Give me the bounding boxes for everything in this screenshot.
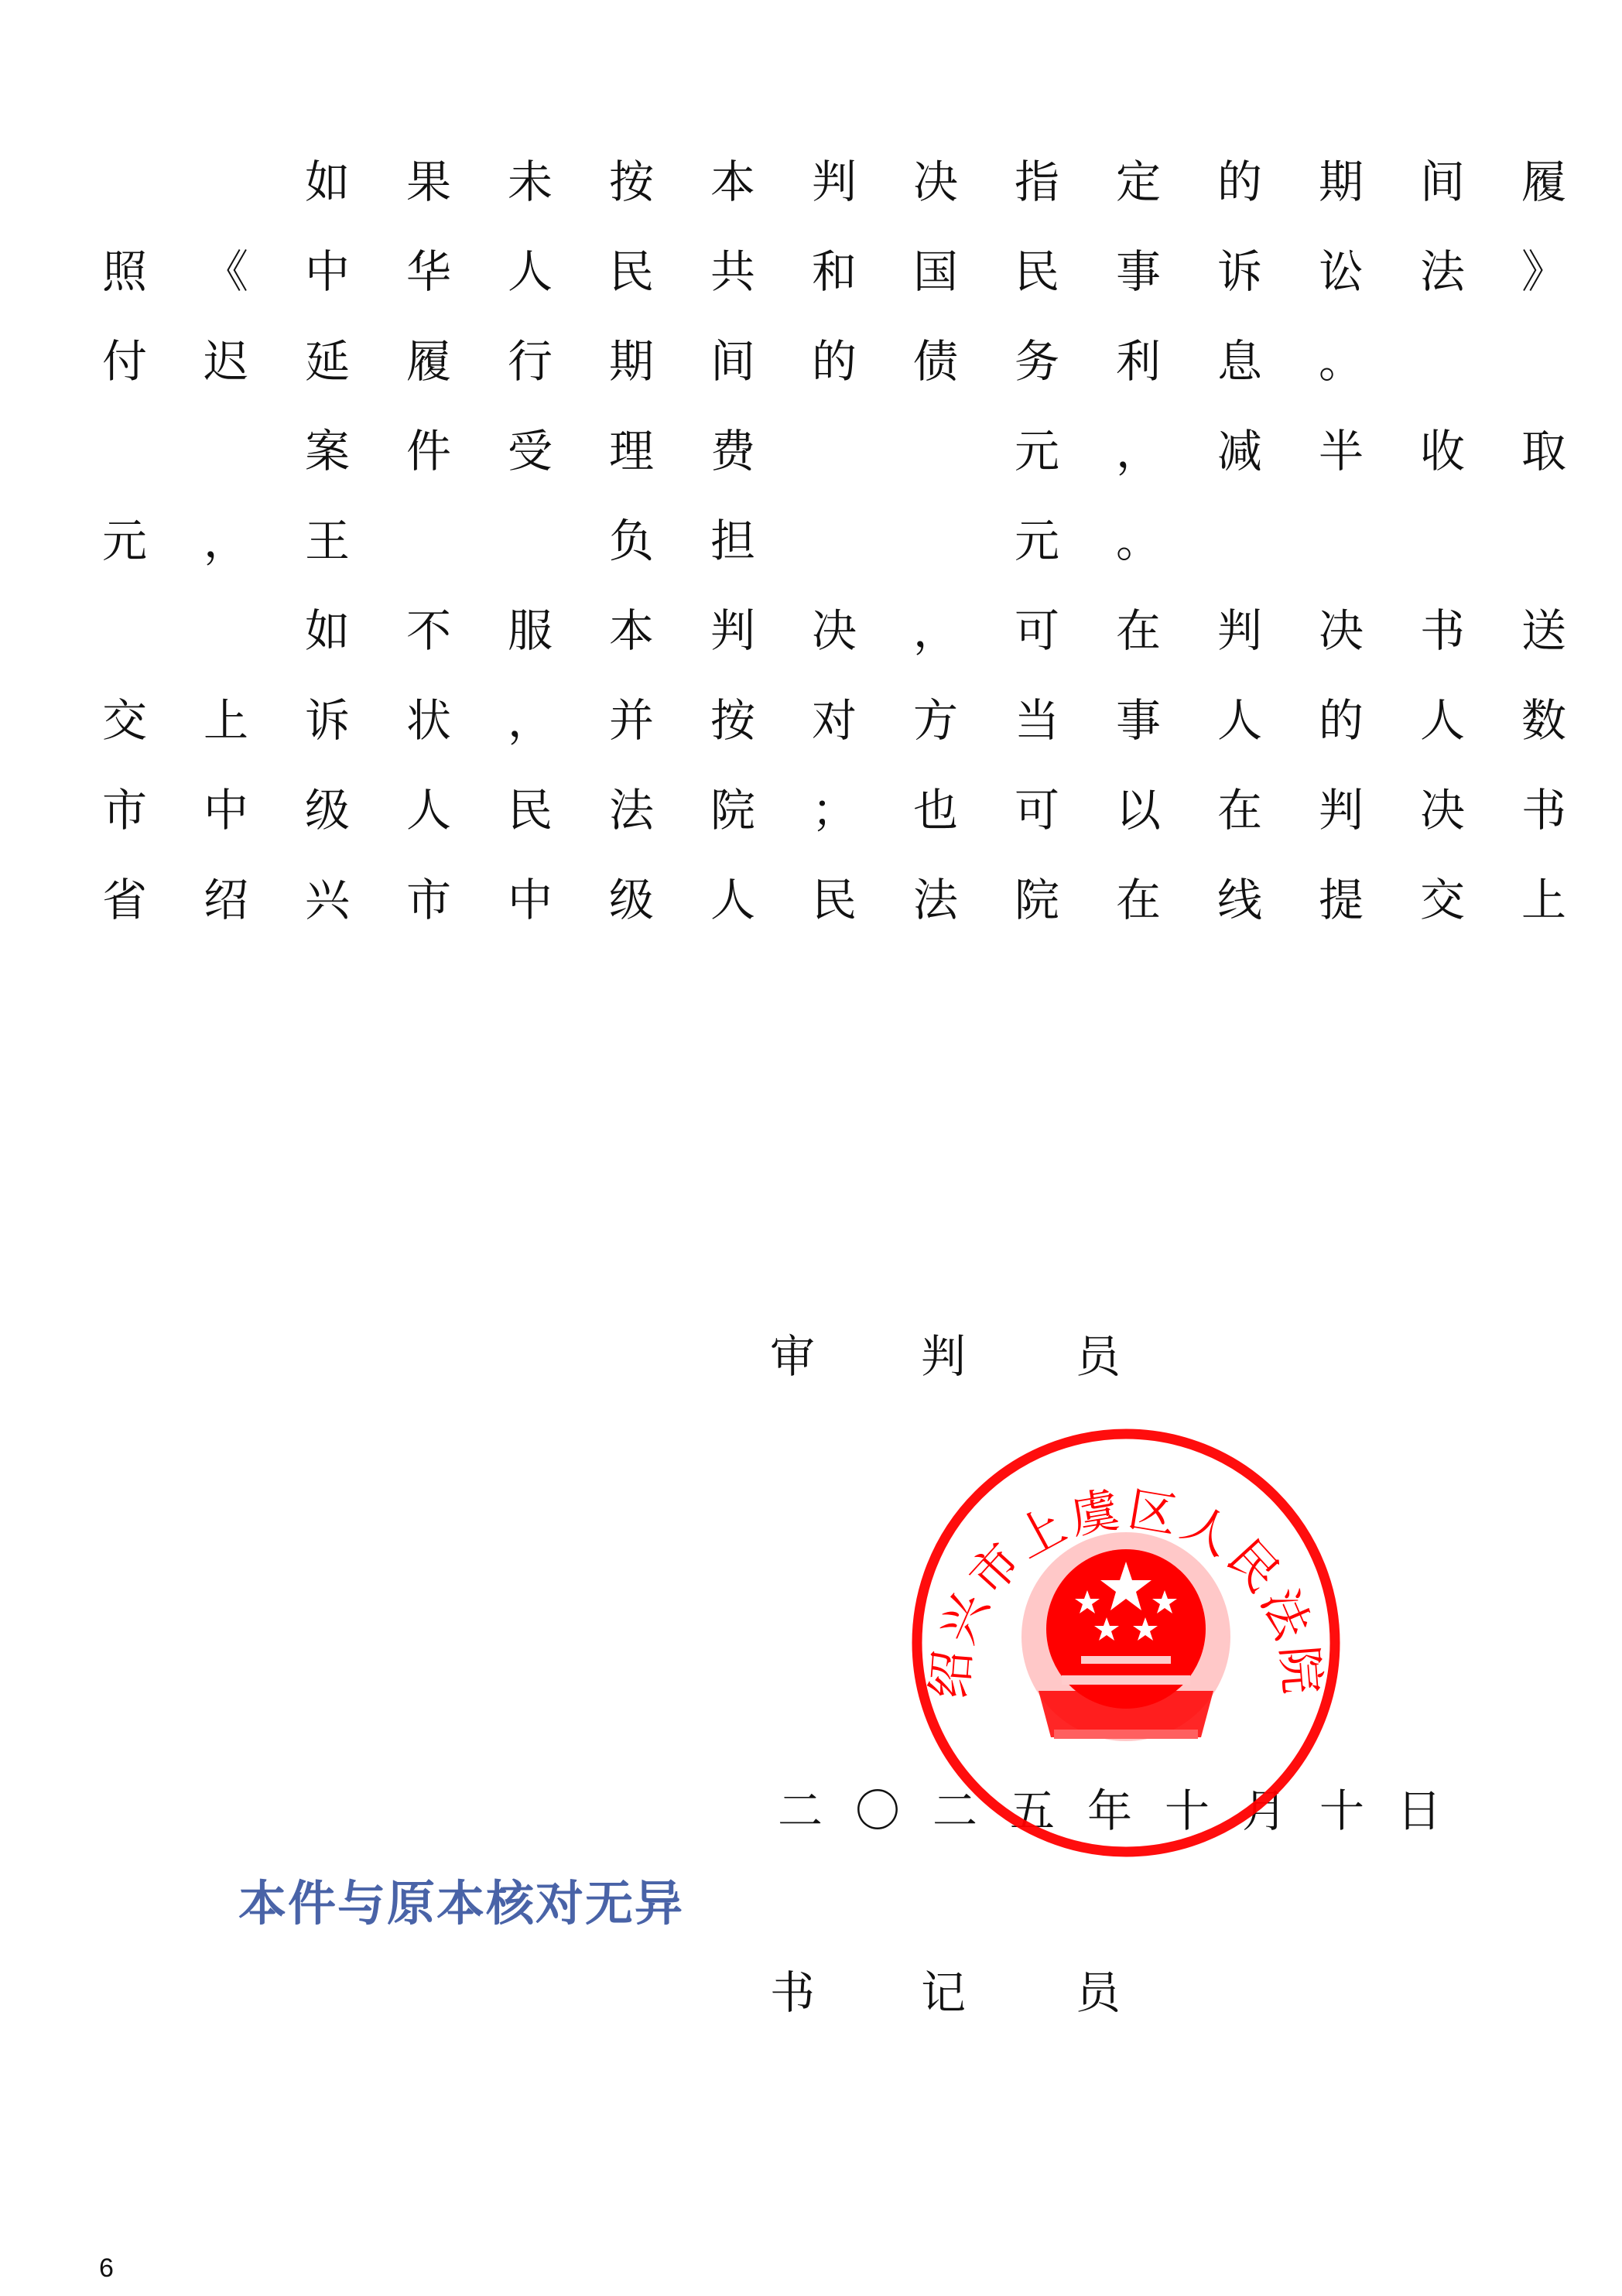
judge-label-char-2: 判 <box>921 1329 966 1384</box>
judge-label-char-1: 审 <box>770 1329 815 1384</box>
paragraph-3-line-2: 交上诉状，并按对方当事人的人数提出副本，上诉于浙江省绍兴 <box>102 693 1622 748</box>
paragraph-2-line-2: 元，王 负担 元。 <box>102 514 1217 568</box>
paragraph-3-line-1: 如不服本判决，可在判决书送达之日起十五日内，向本院递 <box>102 604 1622 658</box>
paragraph-1-line-2: 照《中华人民共和国民事诉讼法》第二百六十四条规定，加倍支 <box>102 245 1622 299</box>
certified-copy-stamp: 本件与原本核对无异 <box>238 1877 684 1931</box>
clerk-label-char-2: 记 <box>921 1966 966 2020</box>
clerk-label-char-3: 员 <box>1076 1966 1121 2020</box>
paragraph-3-line-3: 市中级人民法院；也可以在判决书送达之日起十五日内，向浙江 <box>102 783 1622 837</box>
page-number: 6 <box>99 2253 114 2284</box>
clerk-signature-label: 书 记 员 <box>0 1966 1622 2182</box>
paragraph-1-line-3: 付迟延履行期间的债务利息。 <box>102 334 1420 388</box>
paragraph-1-line-1: 如果未按本判决指定的期间履行给付金钱义务，被告应当依 <box>102 155 1622 209</box>
judgment-date: 二〇二五年十月十日 <box>778 1784 1474 1838</box>
paragraph-3-line-4: 省绍兴市中级人民法院在线提交上诉状。 <box>102 873 1622 927</box>
judge-label-char-3: 员 <box>1076 1329 1121 1384</box>
clerk-label-char-1: 书 <box>770 1966 815 2020</box>
paragraph-2-line-1: 案件受理费 元，减半收取计 元，由肖 负担 <box>102 424 1622 478</box>
judge-signature-label: 审 判 员 <box>0 1329 1622 1546</box>
